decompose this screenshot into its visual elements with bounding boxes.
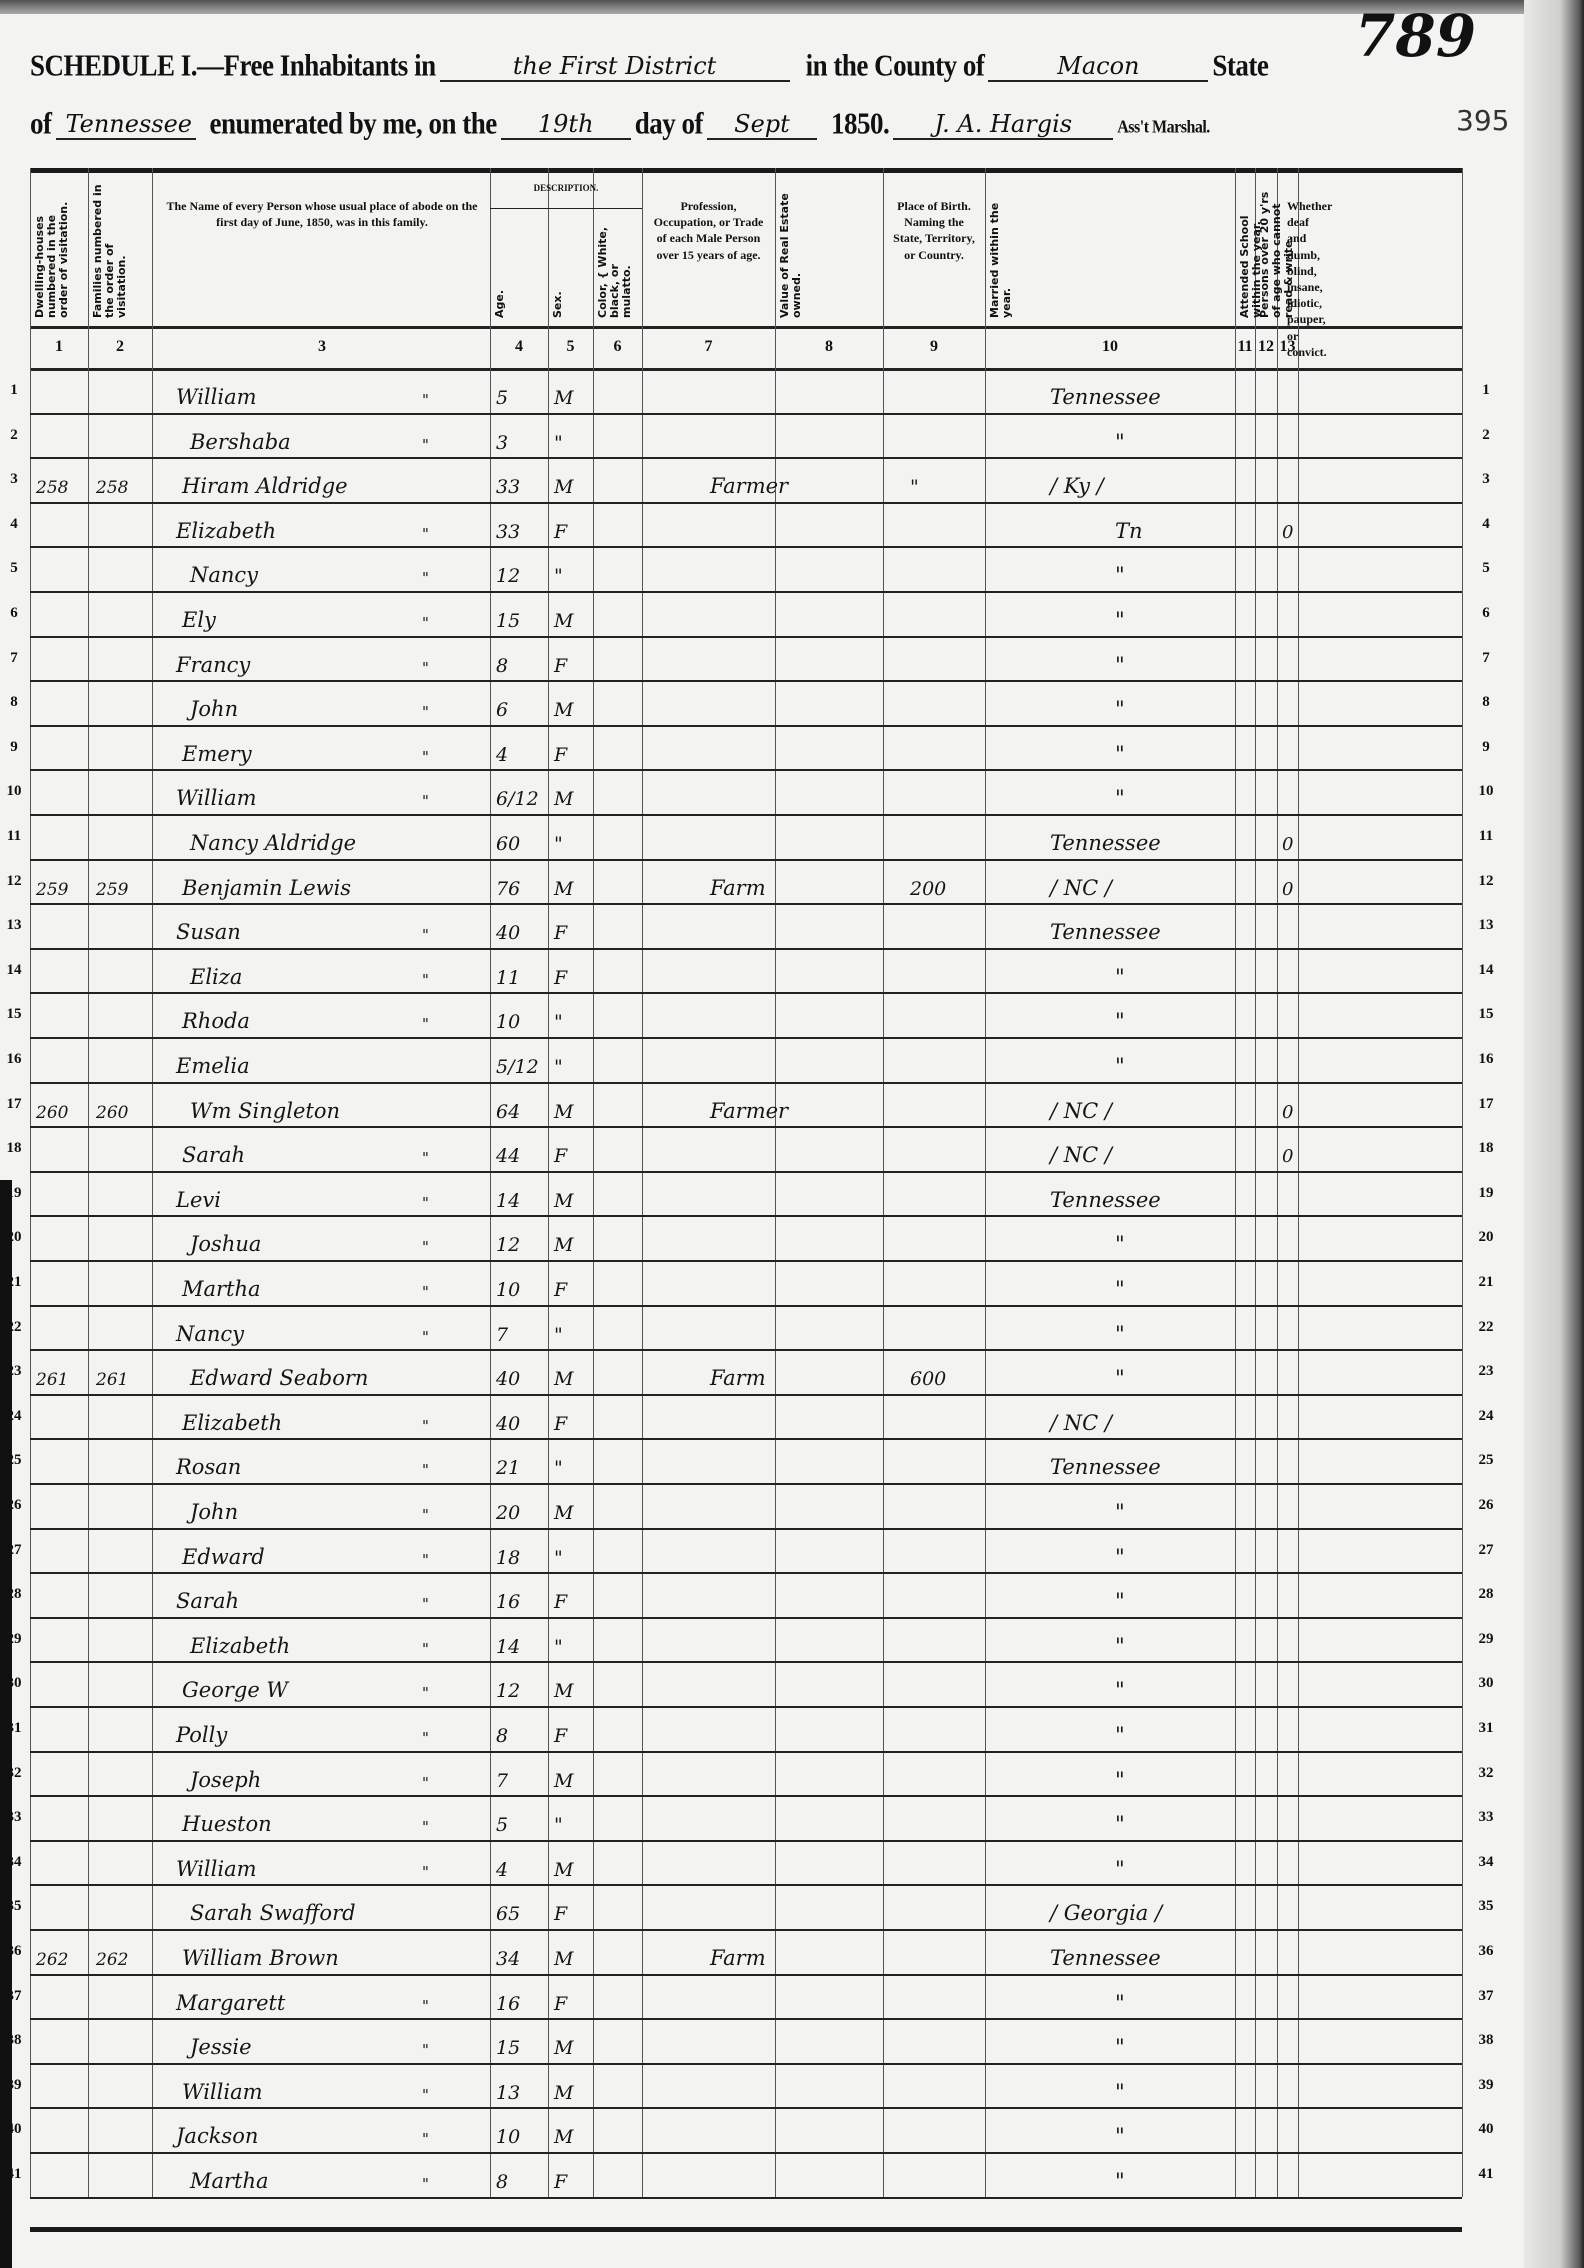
column-number: 2 xyxy=(100,338,140,356)
birthplace: " xyxy=(1115,430,1125,454)
occupation: Farm xyxy=(710,876,766,900)
age: 4 xyxy=(496,1859,508,1881)
table-row: Bershaba"3"" xyxy=(30,413,1462,458)
age: 3 xyxy=(496,432,508,454)
age: 5 xyxy=(496,1814,508,1836)
line-number-left: 37 xyxy=(2,1988,26,2005)
person-name: Margarett xyxy=(176,1991,285,2015)
column-header-11: Attended School within the year. xyxy=(1239,178,1251,318)
sex: " xyxy=(554,1814,563,1836)
age: 12 xyxy=(496,1680,520,1702)
person-name: John xyxy=(190,697,238,721)
column-number: 7 xyxy=(689,338,729,356)
age: 10 xyxy=(496,1279,520,1301)
marshal-signature: J. A. Hargis xyxy=(893,110,1113,140)
person-name: Levi xyxy=(176,1188,221,1212)
line-number-right: 37 xyxy=(1474,1988,1498,2005)
person-name: Rhoda xyxy=(182,1009,250,1033)
age: 34 xyxy=(496,1948,520,1970)
line-number-left: 35 xyxy=(2,1898,26,1915)
sex: M xyxy=(554,610,573,632)
cannot-read-write-mark: 0 xyxy=(1282,834,1293,855)
column-header-1: Dwelling-houses numbered in the order of… xyxy=(34,178,84,318)
description-rule xyxy=(490,208,642,209)
person-name: William xyxy=(176,786,257,810)
person-name: Hueston xyxy=(182,1812,272,1836)
line-number-right: 26 xyxy=(1474,1497,1498,1514)
table-row: Polly"8F" xyxy=(30,1706,1462,1751)
ditto-mark: " xyxy=(422,1417,429,1435)
row-rule xyxy=(30,2197,1462,2199)
column-header-8: Value of Real Estate owned. xyxy=(779,178,879,318)
table-row: Rosan"21"Tennessee xyxy=(30,1438,1462,1483)
person-name: William xyxy=(176,1857,257,1881)
age: 4 xyxy=(496,744,508,766)
line-number-left: 16 xyxy=(2,1051,26,1068)
family-number: 259 xyxy=(96,880,128,900)
age: 5/12 xyxy=(496,1056,539,1078)
family-number: 258 xyxy=(96,478,128,498)
cannot-read-write-mark: 0 xyxy=(1282,1146,1293,1167)
ditto-mark: " xyxy=(422,525,429,543)
line-number-left: 4 xyxy=(2,516,26,533)
scan-top-edge xyxy=(0,0,1584,14)
ditto-mark: " xyxy=(422,1729,429,1747)
ditto-mark: " xyxy=(422,614,429,632)
birthplace: " xyxy=(1115,1232,1125,1256)
line-number-right: 14 xyxy=(1474,962,1498,979)
occupation: Farmer xyxy=(710,474,788,498)
table-row: Elizabeth"14"" xyxy=(30,1617,1462,1662)
line-number-right: 38 xyxy=(1474,2032,1498,2049)
age: 40 xyxy=(496,1413,520,1435)
line-number-left: 34 xyxy=(2,1854,26,1871)
column-number: 10 xyxy=(1090,338,1130,356)
table-row: Francy"8F" xyxy=(30,636,1462,681)
column-number: 6 xyxy=(598,338,638,356)
column-header-6: Color, { White, black, or mulatto. xyxy=(597,214,638,318)
birthplace: " xyxy=(1115,608,1125,632)
line-number-right: 25 xyxy=(1474,1452,1498,1469)
sex: M xyxy=(554,1368,573,1390)
line-number-left: 12 xyxy=(2,873,26,890)
county-label: in the County of xyxy=(806,48,985,84)
birthplace: " xyxy=(1115,653,1125,677)
birthplace: " xyxy=(1115,1545,1125,1569)
line-number-left: 32 xyxy=(2,1765,26,1782)
column-header-10: Married within the year. xyxy=(989,178,1231,318)
age: 33 xyxy=(496,521,520,543)
line-number-right: 15 xyxy=(1474,1006,1498,1023)
person-name: Edward Seaborn xyxy=(190,1366,368,1390)
ditto-mark: " xyxy=(422,748,429,766)
sex: " xyxy=(554,1324,563,1346)
line-number-right: 1 xyxy=(1474,382,1498,399)
occupation: Farm xyxy=(710,1946,766,1970)
line-number-left: 1 xyxy=(2,382,26,399)
month-field: Sept xyxy=(707,110,817,140)
table-row: Hueston"5"" xyxy=(30,1795,1462,1840)
ditto-mark: " xyxy=(422,1506,429,1524)
column-header-5: Sex. xyxy=(552,214,589,318)
line-number-right: 8 xyxy=(1474,694,1498,711)
line-number-right: 39 xyxy=(1474,2077,1498,2094)
ditto-mark: " xyxy=(422,2086,429,2104)
person-name: Sarah Swafford xyxy=(190,1901,356,1925)
enumeration-line: of Tennessee enumerated by me, on the 19… xyxy=(30,108,1210,140)
table-row: 261261Edward Seaborn40MFarm600" xyxy=(30,1349,1462,1394)
birthplace: " xyxy=(1115,2124,1125,2148)
person-name: Nancy xyxy=(190,563,258,587)
person-name: Joseph xyxy=(190,1768,261,1792)
age: 14 xyxy=(496,1636,520,1658)
person-name: William xyxy=(176,385,257,409)
birthplace: / Georgia / xyxy=(1050,1901,1162,1925)
dwelling-number: 260 xyxy=(36,1103,68,1123)
line-number-left: 5 xyxy=(2,560,26,577)
header-top-rule xyxy=(30,168,1462,173)
family-number: 260 xyxy=(96,1103,128,1123)
table-row: Joseph"7M" xyxy=(30,1751,1462,1796)
age: 5 xyxy=(496,387,508,409)
birthplace: " xyxy=(1115,1634,1125,1658)
birthplace: Tennessee xyxy=(1050,831,1161,855)
birthplace: Tennessee xyxy=(1050,1946,1161,1970)
table-row: Sarah Swafford65F/ Georgia / xyxy=(30,1884,1462,1929)
line-number-left: 17 xyxy=(2,1096,26,1113)
ditto-mark: " xyxy=(422,926,429,944)
line-number-right: 12 xyxy=(1474,873,1498,890)
table-row: William"6/12M" xyxy=(30,769,1462,814)
table-row: 259259Benjamin Lewis76MFarm200/ NC /0 xyxy=(30,859,1462,904)
person-name: Nancy xyxy=(176,1322,244,1346)
sex: " xyxy=(554,1457,563,1479)
table-row: John"20M" xyxy=(30,1483,1462,1528)
table-row: Susan"40FTennessee xyxy=(30,903,1462,948)
birthplace: " xyxy=(1115,563,1125,587)
birthplace: / NC / xyxy=(1050,876,1112,900)
state-field: Tennessee xyxy=(56,110,196,140)
line-number-right: 23 xyxy=(1474,1363,1498,1380)
birthplace: " xyxy=(1115,1277,1125,1301)
sex: M xyxy=(554,1859,573,1881)
column-header-3: The Name of every Person whose usual pla… xyxy=(163,198,481,230)
line-number-left: 2 xyxy=(2,427,26,444)
person-name: Polly xyxy=(176,1723,227,1747)
line-number-right: 7 xyxy=(1474,650,1498,667)
scan-right-edge xyxy=(1524,0,1584,2268)
person-name: Rosan xyxy=(176,1455,241,1479)
table-row: 258258Hiram Aldridge33MFarmer"/ Ky / xyxy=(30,457,1462,502)
person-name: Jackson xyxy=(176,2124,258,2148)
column-header-2: Families numbered in the order of visita… xyxy=(92,178,148,318)
line-number-right: 11 xyxy=(1474,828,1498,845)
table-row: Eliza"11F" xyxy=(30,948,1462,993)
line-number-left: 3 xyxy=(2,471,26,488)
birthplace: / NC / xyxy=(1050,1143,1112,1167)
table-row: Jackson"10M" xyxy=(30,2107,1462,2152)
ditto-mark: " xyxy=(422,1863,429,1881)
cannot-read-write-mark: 0 xyxy=(1282,522,1293,543)
column-number: 1 xyxy=(39,338,79,356)
person-name: Wm Singleton xyxy=(190,1099,340,1123)
person-name: Martha xyxy=(190,2169,269,2193)
ditto-mark: " xyxy=(422,659,429,677)
line-number-left: 8 xyxy=(2,694,26,711)
column-number: 13 xyxy=(1268,338,1308,356)
table-row: Martha"10F" xyxy=(30,1260,1462,1305)
dwelling-number: 262 xyxy=(36,1950,68,1970)
marshal-page-number: 395 xyxy=(1456,104,1509,137)
state-label: State xyxy=(1212,48,1268,84)
line-number-right: 27 xyxy=(1474,1542,1498,1559)
table-row: Nancy"12"" xyxy=(30,546,1462,591)
age: 6/12 xyxy=(496,788,539,810)
birthplace: / Ky / xyxy=(1050,474,1104,498)
person-name: Sarah xyxy=(182,1143,245,1167)
age: 15 xyxy=(496,2037,520,2059)
ditto-mark: " xyxy=(422,1461,429,1479)
birthplace: " xyxy=(1115,786,1125,810)
birthplace: Tennessee xyxy=(1050,1455,1161,1479)
table-row: Jessie"15M" xyxy=(30,2018,1462,2063)
table-row: George W"12M" xyxy=(30,1661,1462,1706)
table-row: Edward"18"" xyxy=(30,1528,1462,1573)
sex: M xyxy=(554,2126,573,2148)
sex: F xyxy=(554,1413,567,1435)
line-number-left: 39 xyxy=(2,2077,26,2094)
column-header-13: Whether deaf and dumb, blind, insane, id… xyxy=(1287,198,1288,360)
ditto-mark: " xyxy=(422,2175,429,2193)
line-number-right: 2 xyxy=(1474,427,1498,444)
sex: M xyxy=(554,1190,573,1212)
column-header-9: Place of Birth. Naming the State, Territ… xyxy=(893,198,975,263)
dwelling-number: 258 xyxy=(36,478,68,498)
enumerated-label: enumerated by me, on the xyxy=(210,106,497,142)
ditto-mark: " xyxy=(422,1015,429,1033)
ditto-mark: " xyxy=(422,2041,429,2059)
schedule-title-line: SCHEDULE I.—Free Inhabitants in the Firs… xyxy=(30,50,1268,82)
line-number-right: 10 xyxy=(1474,783,1498,800)
table-row: Nancy Aldridge60"Tennessee0 xyxy=(30,814,1462,859)
column-number: 5 xyxy=(551,338,591,356)
line-number-left: 31 xyxy=(2,1720,26,1737)
sex: " xyxy=(554,1547,563,1569)
line-number-right: 16 xyxy=(1474,1051,1498,1068)
line-number-left: 41 xyxy=(2,2166,26,2183)
table-row: John"6M" xyxy=(30,680,1462,725)
ditto-mark: " xyxy=(422,1328,429,1346)
age: 64 xyxy=(496,1101,520,1123)
birthplace: " xyxy=(1115,1723,1125,1747)
age: 11 xyxy=(496,967,520,989)
person-name: Elizabeth xyxy=(176,519,276,543)
line-number-left: 10 xyxy=(2,783,26,800)
person-name: Edward xyxy=(182,1545,265,1569)
table-row: Martha"8F" xyxy=(30,2152,1462,2197)
line-number-left: 11 xyxy=(2,828,26,845)
table-row: Emelia5/12"" xyxy=(30,1037,1462,1082)
table-row: William"13M" xyxy=(30,2063,1462,2108)
line-number-left: 29 xyxy=(2,1631,26,1648)
age: 6 xyxy=(496,699,508,721)
line-number-left: 28 xyxy=(2,1586,26,1603)
line-number-left: 22 xyxy=(2,1319,26,1336)
age: 18 xyxy=(496,1547,520,1569)
sex: " xyxy=(554,1056,563,1078)
real-estate-value: 200 xyxy=(910,878,946,900)
sex: F xyxy=(554,521,567,543)
ditto-mark: " xyxy=(422,1774,429,1792)
ditto-mark: " xyxy=(422,1595,429,1613)
sex: M xyxy=(554,1101,573,1123)
marshal-label: Ass't Marshal. xyxy=(1117,118,1210,139)
birthplace: " xyxy=(1115,2169,1125,2193)
sex: F xyxy=(554,2171,567,2193)
birthplace: " xyxy=(1115,2035,1125,2059)
line-number-right: 31 xyxy=(1474,1720,1498,1737)
ditto-mark: " xyxy=(422,1194,429,1212)
ditto-mark: " xyxy=(422,1551,429,1569)
sex: M xyxy=(554,1234,573,1256)
age: 40 xyxy=(496,922,520,944)
age: 60 xyxy=(496,833,520,855)
table-row: Levi"14MTennessee xyxy=(30,1171,1462,1216)
line-number-left: 21 xyxy=(2,1274,26,1291)
line-number-right: 33 xyxy=(1474,1809,1498,1826)
person-name: Emery xyxy=(182,742,252,766)
ditto-mark: " xyxy=(422,971,429,989)
line-number-right: 3 xyxy=(1474,471,1498,488)
sex: F xyxy=(554,1145,567,1167)
table-row: Elizabeth"33FTn0 xyxy=(30,502,1462,547)
column-number: 4 xyxy=(499,338,539,356)
birthplace: Tennessee xyxy=(1050,1188,1161,1212)
line-number-right: 19 xyxy=(1474,1185,1498,1202)
sex: " xyxy=(554,833,563,855)
table-row: Elizabeth"40F/ NC / xyxy=(30,1394,1462,1439)
real-estate-value: " xyxy=(910,476,919,498)
line-number-right: 24 xyxy=(1474,1408,1498,1425)
sex: F xyxy=(554,1993,567,2015)
real-estate-value: 600 xyxy=(910,1368,946,1390)
age: 8 xyxy=(496,655,508,677)
sex: F xyxy=(554,1591,567,1613)
age: 14 xyxy=(496,1190,520,1212)
line-number-left: 27 xyxy=(2,1542,26,1559)
ditto-mark: " xyxy=(422,1149,429,1167)
person-name: Bershaba xyxy=(190,430,291,454)
line-number-right: 5 xyxy=(1474,560,1498,577)
column-number: 3 xyxy=(302,338,342,356)
birthplace: " xyxy=(1115,1054,1125,1078)
table-row: William"5MTennessee xyxy=(30,368,1462,413)
line-number-left: 23 xyxy=(2,1363,26,1380)
line-number-right: 18 xyxy=(1474,1140,1498,1157)
of-label: of xyxy=(30,106,52,142)
line-number-right: 30 xyxy=(1474,1675,1498,1692)
age: 16 xyxy=(496,1591,520,1613)
birthplace: " xyxy=(1115,965,1125,989)
table-row: 260260Wm Singleton64MFarmer/ NC /0 xyxy=(30,1082,1462,1127)
birthplace: " xyxy=(1115,697,1125,721)
person-name: Susan xyxy=(176,920,241,944)
birthplace: " xyxy=(1115,1500,1125,1524)
birthplace: / NC / xyxy=(1050,1099,1112,1123)
line-number-left: 33 xyxy=(2,1809,26,1826)
person-name: William xyxy=(182,2080,263,2104)
person-name: Jessie xyxy=(190,2035,252,2059)
sex: M xyxy=(554,1948,573,1970)
person-name: Elizabeth xyxy=(190,1634,290,1658)
line-number-left: 18 xyxy=(2,1140,26,1157)
birthplace: " xyxy=(1115,1322,1125,1346)
table-row: William"4M" xyxy=(30,1840,1462,1885)
sex: M xyxy=(554,1502,573,1524)
birthplace: " xyxy=(1115,1812,1125,1836)
birthplace: " xyxy=(1115,742,1125,766)
line-number-right: 41 xyxy=(1474,2166,1498,2183)
table-row: Ely"15M" xyxy=(30,591,1462,636)
line-number-right: 9 xyxy=(1474,739,1498,756)
birthplace: " xyxy=(1115,2080,1125,2104)
sex: M xyxy=(554,387,573,409)
sex: M xyxy=(554,1680,573,1702)
person-name: Martha xyxy=(182,1277,261,1301)
line-number-left: 38 xyxy=(2,2032,26,2049)
person-name: Nancy Aldridge xyxy=(190,831,356,855)
table-row: Emery"4F" xyxy=(30,725,1462,770)
person-name: Ely xyxy=(182,608,216,632)
sex: F xyxy=(554,1903,567,1925)
ditto-mark: " xyxy=(422,391,429,409)
year-label: 1850. xyxy=(831,106,889,142)
sex: F xyxy=(554,744,567,766)
line-number-right: 13 xyxy=(1474,917,1498,934)
age: 76 xyxy=(496,878,520,900)
sex: M xyxy=(554,2037,573,2059)
age: 16 xyxy=(496,1993,520,2015)
ditto-mark: " xyxy=(422,1997,429,2015)
line-number-right: 32 xyxy=(1474,1765,1498,1782)
ditto-mark: " xyxy=(422,792,429,810)
age: 20 xyxy=(496,1502,520,1524)
line-number-right: 34 xyxy=(1474,1854,1498,1871)
line-number-right: 40 xyxy=(1474,2121,1498,2138)
age: 10 xyxy=(496,2126,520,2148)
age: 10 xyxy=(496,1011,520,1033)
occupation: Farm xyxy=(710,1366,766,1390)
person-name: Francy xyxy=(176,653,250,677)
age: 33 xyxy=(496,476,520,498)
person-name: Joshua xyxy=(190,1232,261,1256)
line-number-right: 20 xyxy=(1474,1229,1498,1246)
header-bottom-rule xyxy=(30,326,1462,329)
line-number-left: 24 xyxy=(2,1408,26,1425)
age: 8 xyxy=(496,2171,508,2193)
line-number-left: 7 xyxy=(2,650,26,667)
table-row: 262262William Brown34MFarmTennessee xyxy=(30,1929,1462,1974)
sex: F xyxy=(554,1279,567,1301)
line-number-right: 4 xyxy=(1474,516,1498,533)
line-number-left: 26 xyxy=(2,1497,26,1514)
line-number-left: 40 xyxy=(2,2121,26,2138)
person-name: John xyxy=(190,1500,238,1524)
cannot-read-write-mark: 0 xyxy=(1282,879,1293,900)
sex: " xyxy=(554,432,563,454)
birthplace: Tn xyxy=(1115,519,1143,543)
age: 7 xyxy=(496,1770,508,1792)
